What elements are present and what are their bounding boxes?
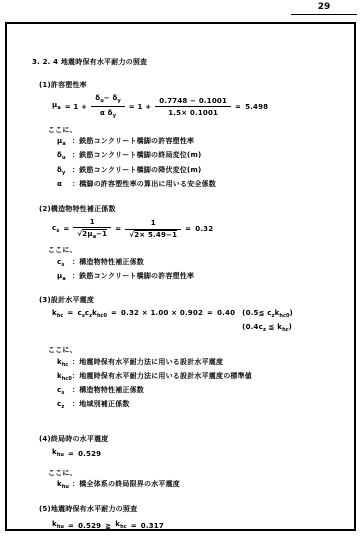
def-desc: ：鉄筋コンクリート橋脚の終局変位(m) xyxy=(72,151,201,162)
two-mu-base: 2μ xyxy=(82,230,92,238)
definition-row: δy ：鉄筋コンクリート橋脚の降伏変位(m) xyxy=(57,166,346,177)
equals-sign: = xyxy=(131,522,137,530)
values-product: 0.32 × 1.00 × 0.902 xyxy=(121,309,203,317)
fraction-values: 0.7748 − 0.1001 1.5× 0.1001 xyxy=(155,97,231,117)
def-symbol: δy xyxy=(57,166,72,177)
section-title: 3. 2. 4 地震時保有水平耐力の照査 xyxy=(32,58,346,66)
def-desc: ：地震時保有水平耐力法に用いる設計水平震度の標準値 xyxy=(72,372,252,383)
equals-sign: = xyxy=(207,309,213,317)
fraction-denominator: √2μa−1 xyxy=(73,227,111,240)
lte-sign: ≦ xyxy=(266,323,277,331)
equals-sign: = xyxy=(185,225,191,233)
definition-row: μa ：鉄筋コンクリート橋脚の許容塑性率 xyxy=(57,272,346,283)
page-number: 29 xyxy=(291,2,357,15)
equals-sign: = xyxy=(68,450,74,458)
def-desc: ：構造物特性補正係数 xyxy=(72,386,144,397)
formula-allowable-ductility: μa = 1 + δu− δy α δy = 1 + 0.7748 − 0.10… xyxy=(52,94,346,120)
khc-sub: hc xyxy=(120,524,127,530)
heading-structural-factor: (2)構造物特性補正係数 xyxy=(39,205,346,213)
definition-row: khc ：地震時保有水平耐力法に用いる設計水平震度 xyxy=(57,358,346,369)
cs-sub: s xyxy=(56,228,59,234)
def-symbol-sub: hu xyxy=(62,484,69,490)
def-symbol: cz xyxy=(57,400,72,411)
minus-delta-y-base: − δ xyxy=(104,94,118,102)
def-symbol: khc xyxy=(57,358,72,369)
minus-one: −1 xyxy=(96,230,107,238)
document-frame: 3. 2. 4 地震時保有水平耐力の照査 (1)許容塑性率 μa = 1 + δ… xyxy=(5,22,356,531)
khc0-sub: hc0 xyxy=(279,313,289,319)
delta-y-sub: y xyxy=(118,98,121,104)
def-symbol-sub: s xyxy=(61,262,64,268)
fraction-symbolic: 1 √2μa−1 xyxy=(73,218,111,241)
gte-sign: ≧ xyxy=(105,522,111,530)
def-symbol-sub: hc xyxy=(62,362,69,368)
def-desc: ：地域別補正係数 xyxy=(72,400,130,411)
def-symbol: α xyxy=(57,180,72,191)
definition-row: cs ：構造物特性補正係数 xyxy=(57,258,346,269)
formula-ultimate-seismic-coefficient: khu = 0.529 xyxy=(52,448,346,459)
equals-sign: = xyxy=(67,309,73,317)
equals-one-plus: = 1 + xyxy=(65,103,87,111)
def-symbol-sub: a xyxy=(62,141,65,147)
fraction-numerator: δu− δy xyxy=(91,94,125,106)
document-content: 3. 2. 4 地震時保有水平耐力の照査 (1)許容塑性率 μa = 1 + δ… xyxy=(7,24,354,529)
def-symbol-sub: y xyxy=(62,170,65,176)
equals-one-plus-2: = 1 + xyxy=(129,103,151,111)
radical-argument: 2× 5.49−1 xyxy=(134,230,177,239)
fraction-values-numerator: 0.7748 − 0.1001 xyxy=(155,97,231,107)
formula-verification: khu = 0.529 ≧ khc = 0.317 xyxy=(52,520,346,531)
symbol-mu: μa xyxy=(52,101,61,112)
condition-upper: (0.5≦ czkhc0) xyxy=(242,309,293,320)
def-desc: ：構造物特性補正係数 xyxy=(72,258,144,269)
symbol-khc: khc xyxy=(52,309,63,320)
symbol-khu: khu xyxy=(52,520,64,531)
def-symbol: cs xyxy=(57,258,72,269)
condition-text: (0.5≦ xyxy=(242,309,267,317)
khc-sub: hc xyxy=(57,313,64,319)
heading-design-seismic-coefficient: (3)設計水平震度 xyxy=(39,296,346,304)
def-desc: ：橋全体系の終局限界の水平震度 xyxy=(72,480,180,491)
fraction-numeric: 1 √2× 5.49−1 xyxy=(125,219,181,239)
alpha-delta-base: α δ xyxy=(100,109,113,117)
def-symbol-sub: hc0 xyxy=(62,376,72,382)
symbol-product: csczkhc0 xyxy=(77,309,107,320)
symbol-khc: khc xyxy=(115,520,126,531)
result-value: 0.32 xyxy=(195,225,213,233)
symbol-cs: cs xyxy=(52,224,59,235)
condition-close: ) xyxy=(289,309,292,317)
fraction-displacement: δu− δy α δy xyxy=(91,94,125,120)
def-symbol: μa xyxy=(57,272,72,283)
fraction-numerator: 1 xyxy=(125,219,181,229)
definition-row: khc0 ：地震時保有水平耐力法に用いる設計水平震度の標準値 xyxy=(57,372,346,383)
def-desc: ：鉄筋コンクリート橋脚の降伏変位(m) xyxy=(72,166,201,177)
def-desc: ：地震時保有水平耐力法に用いる設計水平震度 xyxy=(72,358,223,369)
khu-sub: hu xyxy=(57,524,64,530)
def-symbol-base: α xyxy=(57,180,62,188)
alpha-delta-sub: y xyxy=(113,113,116,119)
def-symbol: cs xyxy=(57,386,72,397)
def-symbol-sub: u xyxy=(62,155,66,161)
formula-design-seismic-coefficient: khc = csczkhc0 = 0.32 × 1.00 × 0.902 = 0… xyxy=(52,309,346,334)
formula-structural-factor: cs = 1 √2μa−1 = 1 √2× 5.49−1 = 0.32 xyxy=(52,218,346,241)
definition-row: μa ：鉄筋コンクリート橋脚の許容塑性率 xyxy=(57,137,346,148)
def-desc: ：橋脚の許容塑性率の算出に用いる安全係数 xyxy=(72,180,216,191)
fraction-denominator: √2× 5.49−1 xyxy=(125,229,181,240)
def-desc: ：鉄筋コンクリート橋脚の許容塑性率 xyxy=(72,272,194,283)
condition-notes: (0.5≦ czkhc0) (0.4cz ≦ khc) xyxy=(242,309,293,334)
document-page: { "page_number": "29", "title": "3. 2. 4… xyxy=(0,0,361,536)
khc-value: 0.317 xyxy=(141,522,164,530)
condition-close: ) xyxy=(289,323,292,331)
fraction-denominator: α δy xyxy=(91,106,125,119)
definition-row: khu ：橋全体系の終局限界の水平震度 xyxy=(57,480,346,491)
heading-verification: (5)地震時保有水平耐力の照査 xyxy=(39,505,346,513)
kokoni-label: ここに、 xyxy=(48,469,346,477)
def-symbol: khc0 xyxy=(57,372,72,383)
equals-sign: = xyxy=(68,522,74,530)
def-symbol: μa xyxy=(57,137,72,148)
def-symbol: khu xyxy=(57,480,72,491)
mu-sub: a xyxy=(57,105,60,111)
heading-allowable-ductility: (1)許容塑性率 xyxy=(39,81,346,89)
definition-row: cs ：構造物特性補正係数 xyxy=(57,386,346,397)
def-desc: ：鉄筋コンクリート橋脚の許容塑性率 xyxy=(72,137,194,148)
khc0-sub: hc0 xyxy=(97,313,107,319)
def-symbol-sub: a xyxy=(62,276,65,282)
kokoni-label: ここに、 xyxy=(48,346,346,354)
def-symbol-sub: z xyxy=(61,404,64,410)
kokoni-label: ここに、 xyxy=(48,246,346,254)
symbol-khu: khu xyxy=(52,448,64,459)
khu-value: 0.529 xyxy=(78,522,101,530)
equals-sign: = xyxy=(63,225,69,233)
result-value: 0.40 xyxy=(217,309,235,317)
fraction-numerator: 1 xyxy=(73,218,111,228)
condition-lower: (0.4cz ≦ khc) xyxy=(242,323,293,334)
def-symbol-sub: s xyxy=(61,390,64,396)
condition-text: (0.4 xyxy=(242,323,258,331)
definition-row: δu ：鉄筋コンクリート橋脚の終局変位(m) xyxy=(57,151,346,162)
equals-sign: = xyxy=(111,309,117,317)
def-symbol: δu xyxy=(57,151,72,162)
equals-sign: = xyxy=(115,225,121,233)
result-value: 0.529 xyxy=(78,450,101,458)
definition-row: α ：橋脚の許容塑性率の算出に用いる安全係数 xyxy=(57,180,346,191)
result-value: 5.498 xyxy=(245,103,268,111)
radical-argument: 2μa−1 xyxy=(82,229,107,238)
kokoni-label: ここに、 xyxy=(48,126,346,134)
equals-sign: = xyxy=(235,103,241,111)
heading-ultimate-seismic-coefficient: (4)終局時の水平震度 xyxy=(39,435,346,443)
fraction-values-denominator: 1.5× 0.1001 xyxy=(155,106,231,117)
khu-sub: hu xyxy=(57,452,64,458)
definition-row: cz ：地域別補正係数 xyxy=(57,400,346,411)
